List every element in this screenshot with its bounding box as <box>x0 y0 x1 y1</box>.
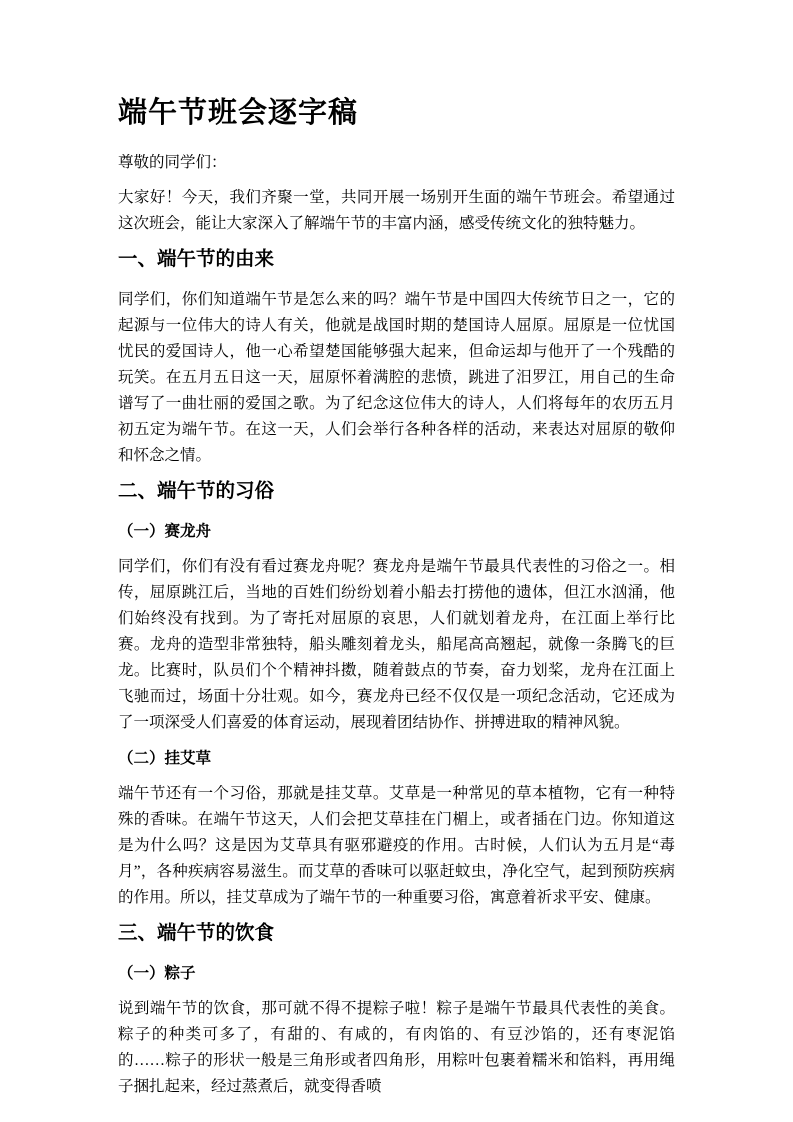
section-heading-origin: 一、端午节的由来 <box>118 246 675 273</box>
salutation: 尊敬的同学们： <box>118 150 675 176</box>
subsection-heading-dragon-boat: （一）赛龙舟 <box>118 519 675 545</box>
document-page: 端午节班会逐字稿 尊敬的同学们： 大家好！今天，我们齐聚一堂，共同开展一场别开生… <box>0 0 793 1122</box>
section-heading-food: 三、端午节的饮食 <box>118 920 675 947</box>
subsection-heading-zongzi: （一）粽子 <box>118 961 675 987</box>
paragraph-dragon-boat: 同学们，你们有没有看过赛龙舟呢？赛龙舟是端午节最具代表性的习俗之一。相传，屈原跳… <box>118 554 675 736</box>
document-title: 端午节班会逐字稿 <box>118 96 675 130</box>
section-heading-customs: 二、端午节的习俗 <box>118 478 675 505</box>
intro-paragraph: 大家好！今天，我们齐聚一堂，共同开展一场别开生面的端午节班会。希望通过这次班会，… <box>118 185 675 237</box>
paragraph-zongzi: 说到端午节的饮食，那可就不得不提粽子啦！粽子是端午节最具代表性的美食。粽子的种类… <box>118 996 675 1100</box>
paragraph-mugwort: 端午节还有一个习俗，那就是挂艾草。艾草是一种常见的草本植物，它有一种特殊的香味。… <box>118 781 675 911</box>
subsection-heading-mugwort: （二）挂艾草 <box>118 746 675 772</box>
paragraph-origin: 同学们，你们知道端午节是怎么来的吗？端午节是中国四大传统节日之一，它的起源与一位… <box>118 287 675 469</box>
